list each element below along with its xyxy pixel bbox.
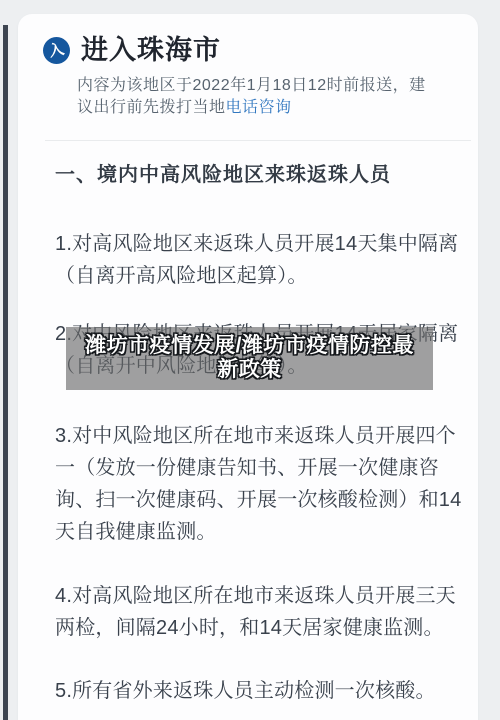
phone-consult-link[interactable]: 电话咨询 — [226, 99, 292, 116]
screenshot-root: 入 进入珠海市 内容为该地区于2022年1月18日12时前报送，建议出行前先拨打… — [0, 0, 500, 720]
report-note: 内容为该地区于2022年1月18日12时前报送，建议出行前先拨打当地电话咨询 — [77, 75, 433, 119]
watermark-title-text: 潍坊市疫情发展/潍坊市疫情防控最新政策 — [78, 334, 421, 382]
watermark-title-overlay: 潍坊市疫情发展/潍坊市疫情防控最新政策 — [66, 327, 433, 390]
policy-item-5: 5.所有省外来返珠人员主动检测一次核酸。 — [55, 675, 463, 707]
policy-item-4: 4.对高风险地区所在地市来返珠人员开展三天两检，间隔24小时，和14天居家健康监… — [55, 580, 463, 644]
divider — [45, 140, 471, 141]
left-edge-strip — [3, 25, 8, 720]
card-header: 入 进入珠海市 — [43, 36, 221, 66]
policy-item-1: 1.对高风险地区来返珠人员开展14天集中隔离（自离开高风险地区起算）。 — [55, 228, 463, 292]
section-heading: 一、境内中高风险地区来珠返珠人员 — [55, 161, 465, 189]
enter-icon-glyph: 入 — [48, 42, 66, 60]
enter-circle-icon: 入 — [43, 37, 70, 64]
page-title: 进入珠海市 — [81, 36, 221, 66]
policy-item-3: 3.对中风险地区所在地市来返珠人员开展四个一（发放一份健康告知书、开展一次健康咨… — [55, 420, 463, 548]
